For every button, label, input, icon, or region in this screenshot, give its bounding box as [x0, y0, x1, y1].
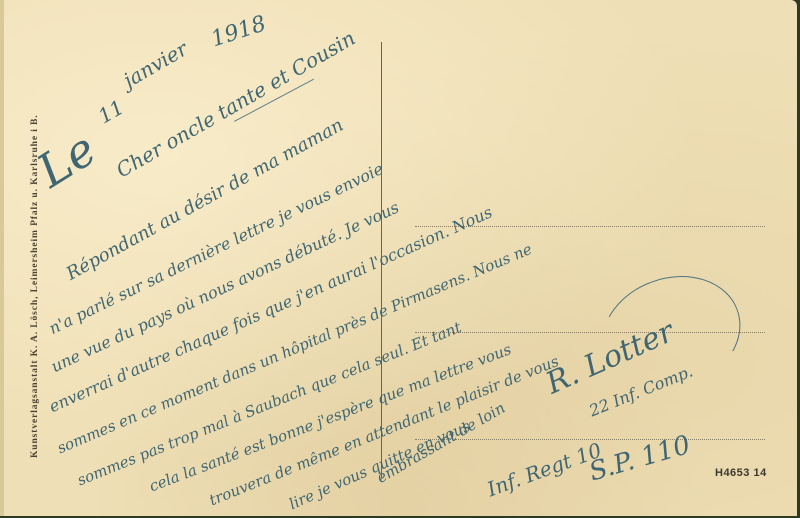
letter-line-3: une vue du pays où nous avons débuté. Je… [48, 198, 402, 377]
date-month: janvier [119, 37, 192, 93]
card-edge [0, 0, 4, 516]
postcard: Kunstverlagsanstalt K. A. Lösch, Leimers… [0, 0, 797, 516]
letter-line-7: cela la santé est bonne j'espère que ma … [147, 340, 514, 495]
date-year: 1918 [208, 11, 269, 52]
date-day: 11 [94, 95, 128, 129]
catalog-code: H4653 14 [715, 467, 767, 479]
salutation: Cher oncle tante et Cousin [112, 26, 359, 183]
address-note-1: Inf. Regt 10 [484, 438, 605, 502]
